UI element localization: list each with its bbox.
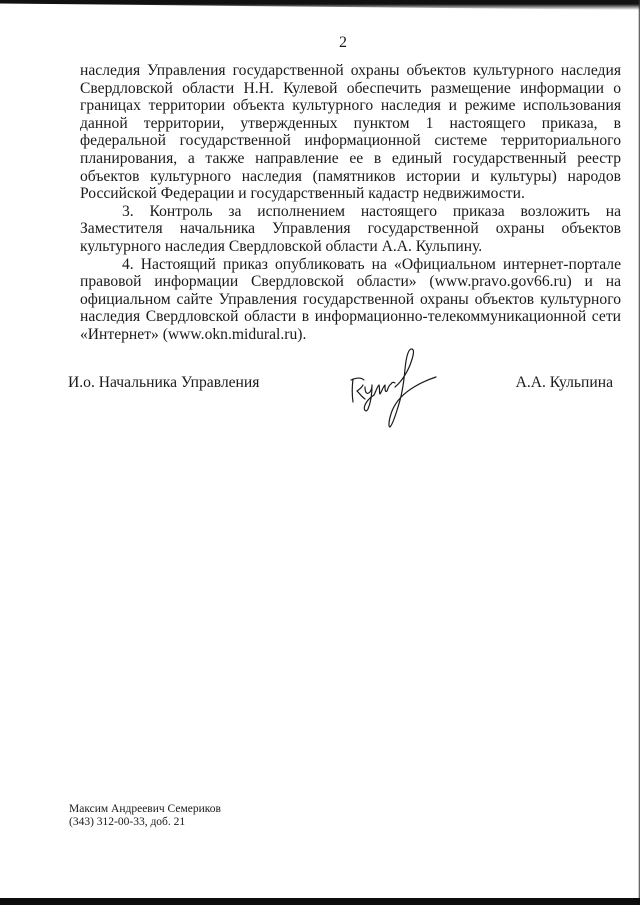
paragraph-continuation: наследия Управления государственной охра… — [80, 62, 621, 203]
executor-phone: (343) 312-00-33, доб. 21 — [69, 816, 221, 829]
handwritten-signature-icon — [348, 347, 438, 429]
signatory-title: И.о. Начальника Управления — [68, 374, 259, 392]
document-body: наследия Управления государственной охра… — [80, 62, 621, 344]
page-number: 2 — [0, 34, 640, 52]
signatory-name: А.А. Кульпина — [516, 374, 613, 392]
paragraph-item-3: 3. Контроль за исполнением настоящего пр… — [80, 203, 621, 256]
paragraph-item-4: 4. Настоящий приказ опубликовать на «Офи… — [80, 256, 621, 344]
executor-name: Максим Андреевич Семериков — [69, 803, 221, 816]
scan-border-top — [0, 0, 640, 10]
executor-contact: Максим Андреевич Семериков (343) 312-00-… — [69, 803, 221, 829]
scan-border-bottom — [0, 898, 640, 905]
